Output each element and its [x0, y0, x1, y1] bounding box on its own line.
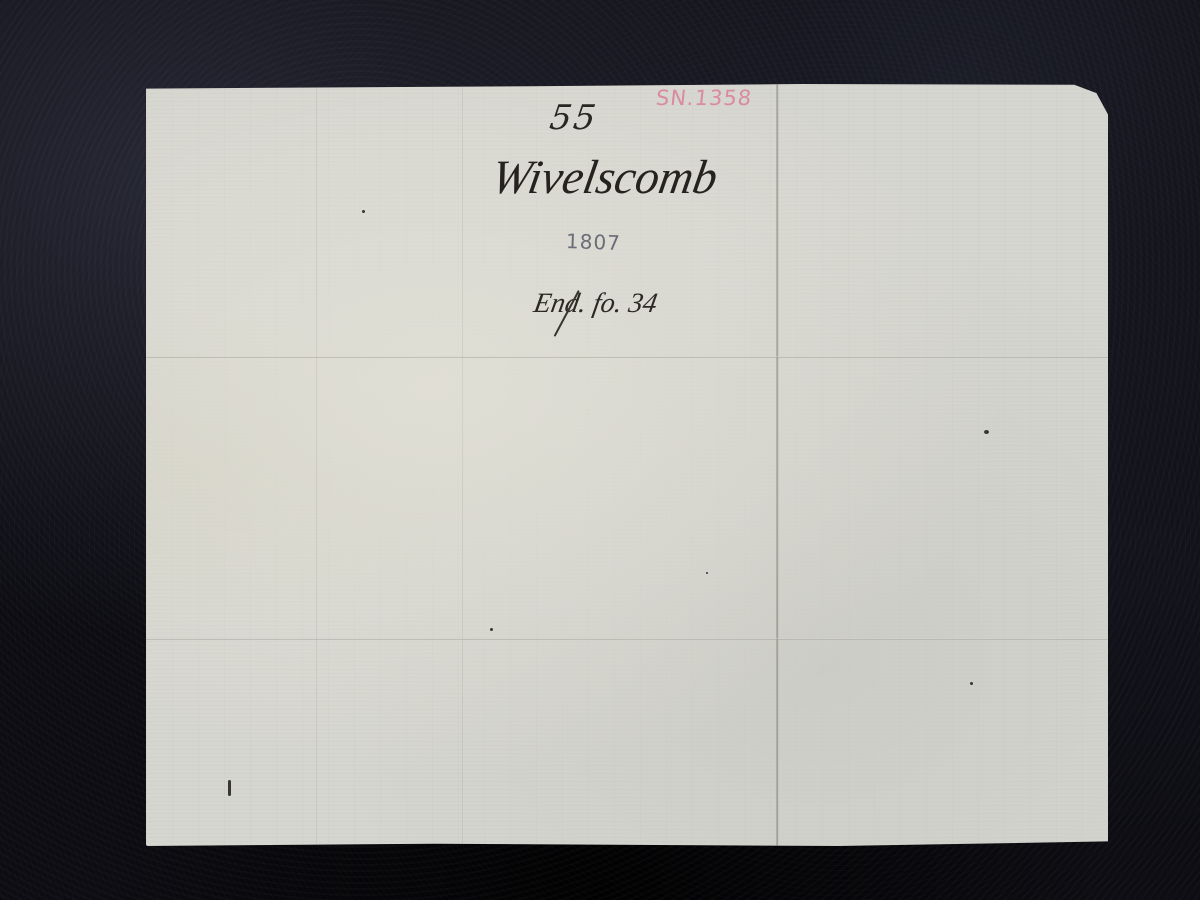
ink-speck — [362, 210, 365, 213]
pencil-year-note: 1807 — [566, 229, 622, 255]
item-number: 55 — [547, 98, 600, 138]
ink-speck — [490, 628, 493, 631]
ink-mark — [228, 780, 231, 796]
ink-speck — [984, 430, 989, 434]
paper-crease-faint — [462, 84, 463, 846]
endorsement-note: End. fo. 34 — [531, 288, 660, 320]
manuscript-sheet: SN.1358 55 Wivelscomb 1807 End. fo. 34 — [146, 84, 1108, 846]
lower-horizontal-fold-line — [146, 638, 1108, 640]
upper-horizontal-fold-line — [146, 356, 1108, 358]
shelfmark-annotation: SN.1358 — [655, 86, 754, 110]
ink-speck — [970, 682, 973, 685]
vertical-fold-line — [776, 84, 779, 846]
ink-speck — [706, 572, 708, 574]
place-name-heading: Wivelscomb — [488, 150, 722, 205]
paper-crease-faint — [316, 84, 317, 846]
